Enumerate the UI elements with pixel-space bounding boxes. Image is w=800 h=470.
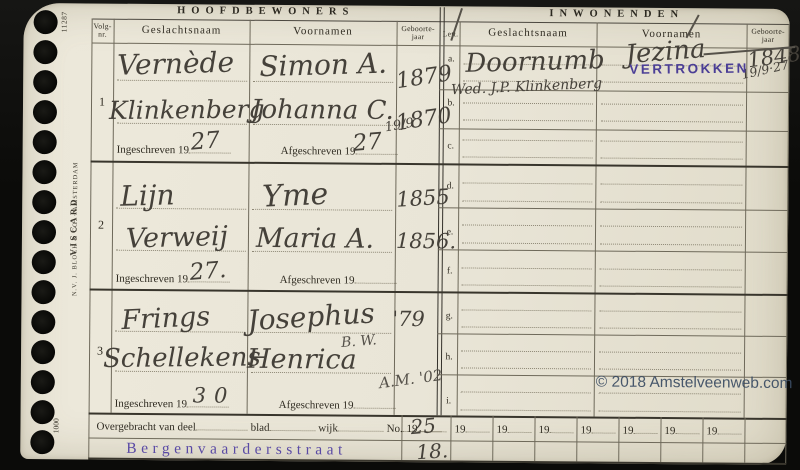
hw-geslachtsnaam: Schellekens (103, 344, 261, 372)
header-geslachtsnaam-left: Geslachtsnaam (114, 25, 250, 38)
binder-hole (31, 280, 55, 304)
write-line (462, 200, 592, 202)
binder-hole (33, 100, 57, 124)
header-voornamen-left: Voornamen (250, 26, 397, 39)
year-cell: 19 (664, 424, 699, 438)
header-geboortejaar-right: Geboorte-jaar (747, 28, 790, 44)
write-line (462, 224, 592, 226)
binder-hole (33, 40, 57, 64)
binder-hole (31, 370, 55, 394)
write-line (600, 184, 742, 186)
hw-geslachtsnaam: Verweij (126, 223, 229, 253)
write-line (461, 350, 591, 352)
write-line (600, 269, 742, 271)
hw-ingeschreven-jaar: 27. (189, 259, 227, 285)
binder-hole (33, 130, 57, 154)
header-geslachtsnaam-right: Geslachtsnaam (460, 27, 597, 40)
hw-huisnummer: 18. (416, 440, 449, 462)
grid-line (618, 417, 619, 462)
letter-label: c. (443, 141, 459, 151)
binder-hole (32, 190, 56, 214)
grid-line (439, 128, 789, 132)
binder-hole (34, 10, 58, 34)
grid-line (534, 416, 535, 461)
register-table: Volg-nr. Geslachtsnaam Voornamen Geboort… (88, 19, 789, 464)
title-inwonenden: INWONENDEN (444, 7, 790, 21)
binder-hole (31, 310, 55, 334)
section-number: 2 (90, 218, 112, 233)
grid-line (492, 416, 493, 461)
binder-hole (32, 250, 56, 274)
hw-transfer-jaar: 25 (410, 415, 437, 437)
hw-ingeschreven-jaar: 30 (193, 385, 236, 406)
binder-hole (32, 160, 56, 184)
write-line (461, 391, 591, 393)
hw-geslachtsnaam: Klinkenberg (109, 97, 265, 123)
hw-voornamen: Simon A. (259, 50, 387, 81)
write-line (599, 311, 741, 313)
hw-geslachtsnaam: Doornumb (465, 47, 605, 77)
write-line (601, 158, 743, 160)
write-line (601, 121, 743, 123)
write-line (462, 267, 592, 269)
write-line (599, 352, 741, 354)
binder-hole (31, 340, 55, 364)
hw-geboortejaar: '79 (392, 309, 425, 330)
write-line (461, 309, 591, 311)
binder-hole (32, 220, 56, 244)
header-volgnr: Volg-nr. (92, 23, 114, 39)
grid-line (660, 417, 661, 462)
grid-line (702, 417, 703, 462)
write-line (599, 393, 741, 395)
grid-line (744, 418, 745, 463)
grid-line (450, 415, 451, 460)
afgeschreven-label: Afgeschreven 19 (279, 398, 396, 412)
write-line (463, 156, 593, 158)
street-stamp: Bergenvaardersstraat (126, 440, 347, 460)
hw-afgeschreven-jaar: 27 (352, 131, 383, 156)
letter-label: i. (441, 396, 457, 406)
letter-label: g. (441, 311, 457, 321)
write-line (600, 244, 742, 246)
write-line (462, 182, 592, 184)
write-line (462, 284, 592, 286)
afgeschreven-label: Afgeschreven 19 (280, 273, 397, 287)
stub-serial-number: 11287 (60, 11, 69, 32)
hw-voornamen: Johanna C. (251, 97, 394, 124)
binder-hole (30, 430, 54, 454)
vertrokken-stamp: VERTROKKEN (629, 61, 749, 77)
write-line (599, 369, 741, 371)
hw-voornamen: Josephus (247, 299, 376, 335)
hw-voornamen: Maria A. (256, 225, 374, 253)
grid-line (576, 416, 577, 461)
write-line (463, 102, 593, 104)
year-cell: 19 (706, 424, 741, 438)
write-line (601, 82, 743, 84)
year-cell: 19 (454, 422, 489, 436)
header-geboortejaar-left: Geboorte-jaar (397, 25, 440, 41)
register-card: 11287 VISCARD N.V. J. BLOCH & CO. · AMST… (20, 3, 790, 465)
grid-line (438, 249, 788, 253)
write-line (462, 242, 592, 244)
grid-line (744, 24, 748, 418)
hw-geslachtsnaam: Lijn (120, 181, 175, 210)
write-line (461, 409, 591, 411)
copyright-watermark: © 2018 Amstelveenweb.com (596, 374, 793, 394)
transfer-label: Overgebracht van deel blad wijk No. (96, 420, 446, 436)
hw-geslachtsnaam: Vernède (117, 49, 234, 80)
write-line (601, 104, 743, 106)
write-line (600, 226, 742, 228)
write-line (599, 411, 741, 413)
grid-line (438, 207, 788, 211)
write-line (461, 367, 591, 369)
write-line (599, 328, 741, 330)
hw-ingeschreven-jaar: 27 (190, 129, 221, 154)
write-line (600, 202, 742, 204)
hw-voornamen: Henrica (247, 346, 357, 374)
hw-annotation: A.M. '02 (378, 368, 443, 391)
manufacturer-imprint: N.V. J. BLOCH & CO. · AMSTERDAM (71, 162, 79, 297)
binder-hole (33, 70, 57, 94)
write-line (463, 139, 593, 141)
hw-voornamen: Yme (262, 180, 329, 213)
letter-label: h. (441, 352, 457, 362)
write-line (461, 326, 591, 328)
year-cell: 19 (496, 423, 531, 437)
year-cell: 19 (580, 423, 615, 437)
stub-stock-number: 1000 (51, 418, 60, 433)
grid-line (88, 19, 92, 459)
grid-line (457, 21, 461, 415)
hw-geslachtsnaam: Frings (121, 303, 211, 334)
write-line (463, 119, 593, 121)
letter-label: f. (442, 266, 458, 276)
title-hoofdbewoners: HOOFDBEWONERS (92, 5, 440, 19)
write-line (601, 141, 743, 143)
hw-geboortejaar: 1855 (396, 187, 451, 211)
write-line (600, 286, 742, 288)
grid-line (785, 24, 789, 464)
year-cell: 19 (622, 424, 657, 438)
year-cell: 19 (538, 423, 573, 437)
hw-geboortejaar: 1856. (396, 231, 456, 252)
grid-line (437, 333, 787, 337)
